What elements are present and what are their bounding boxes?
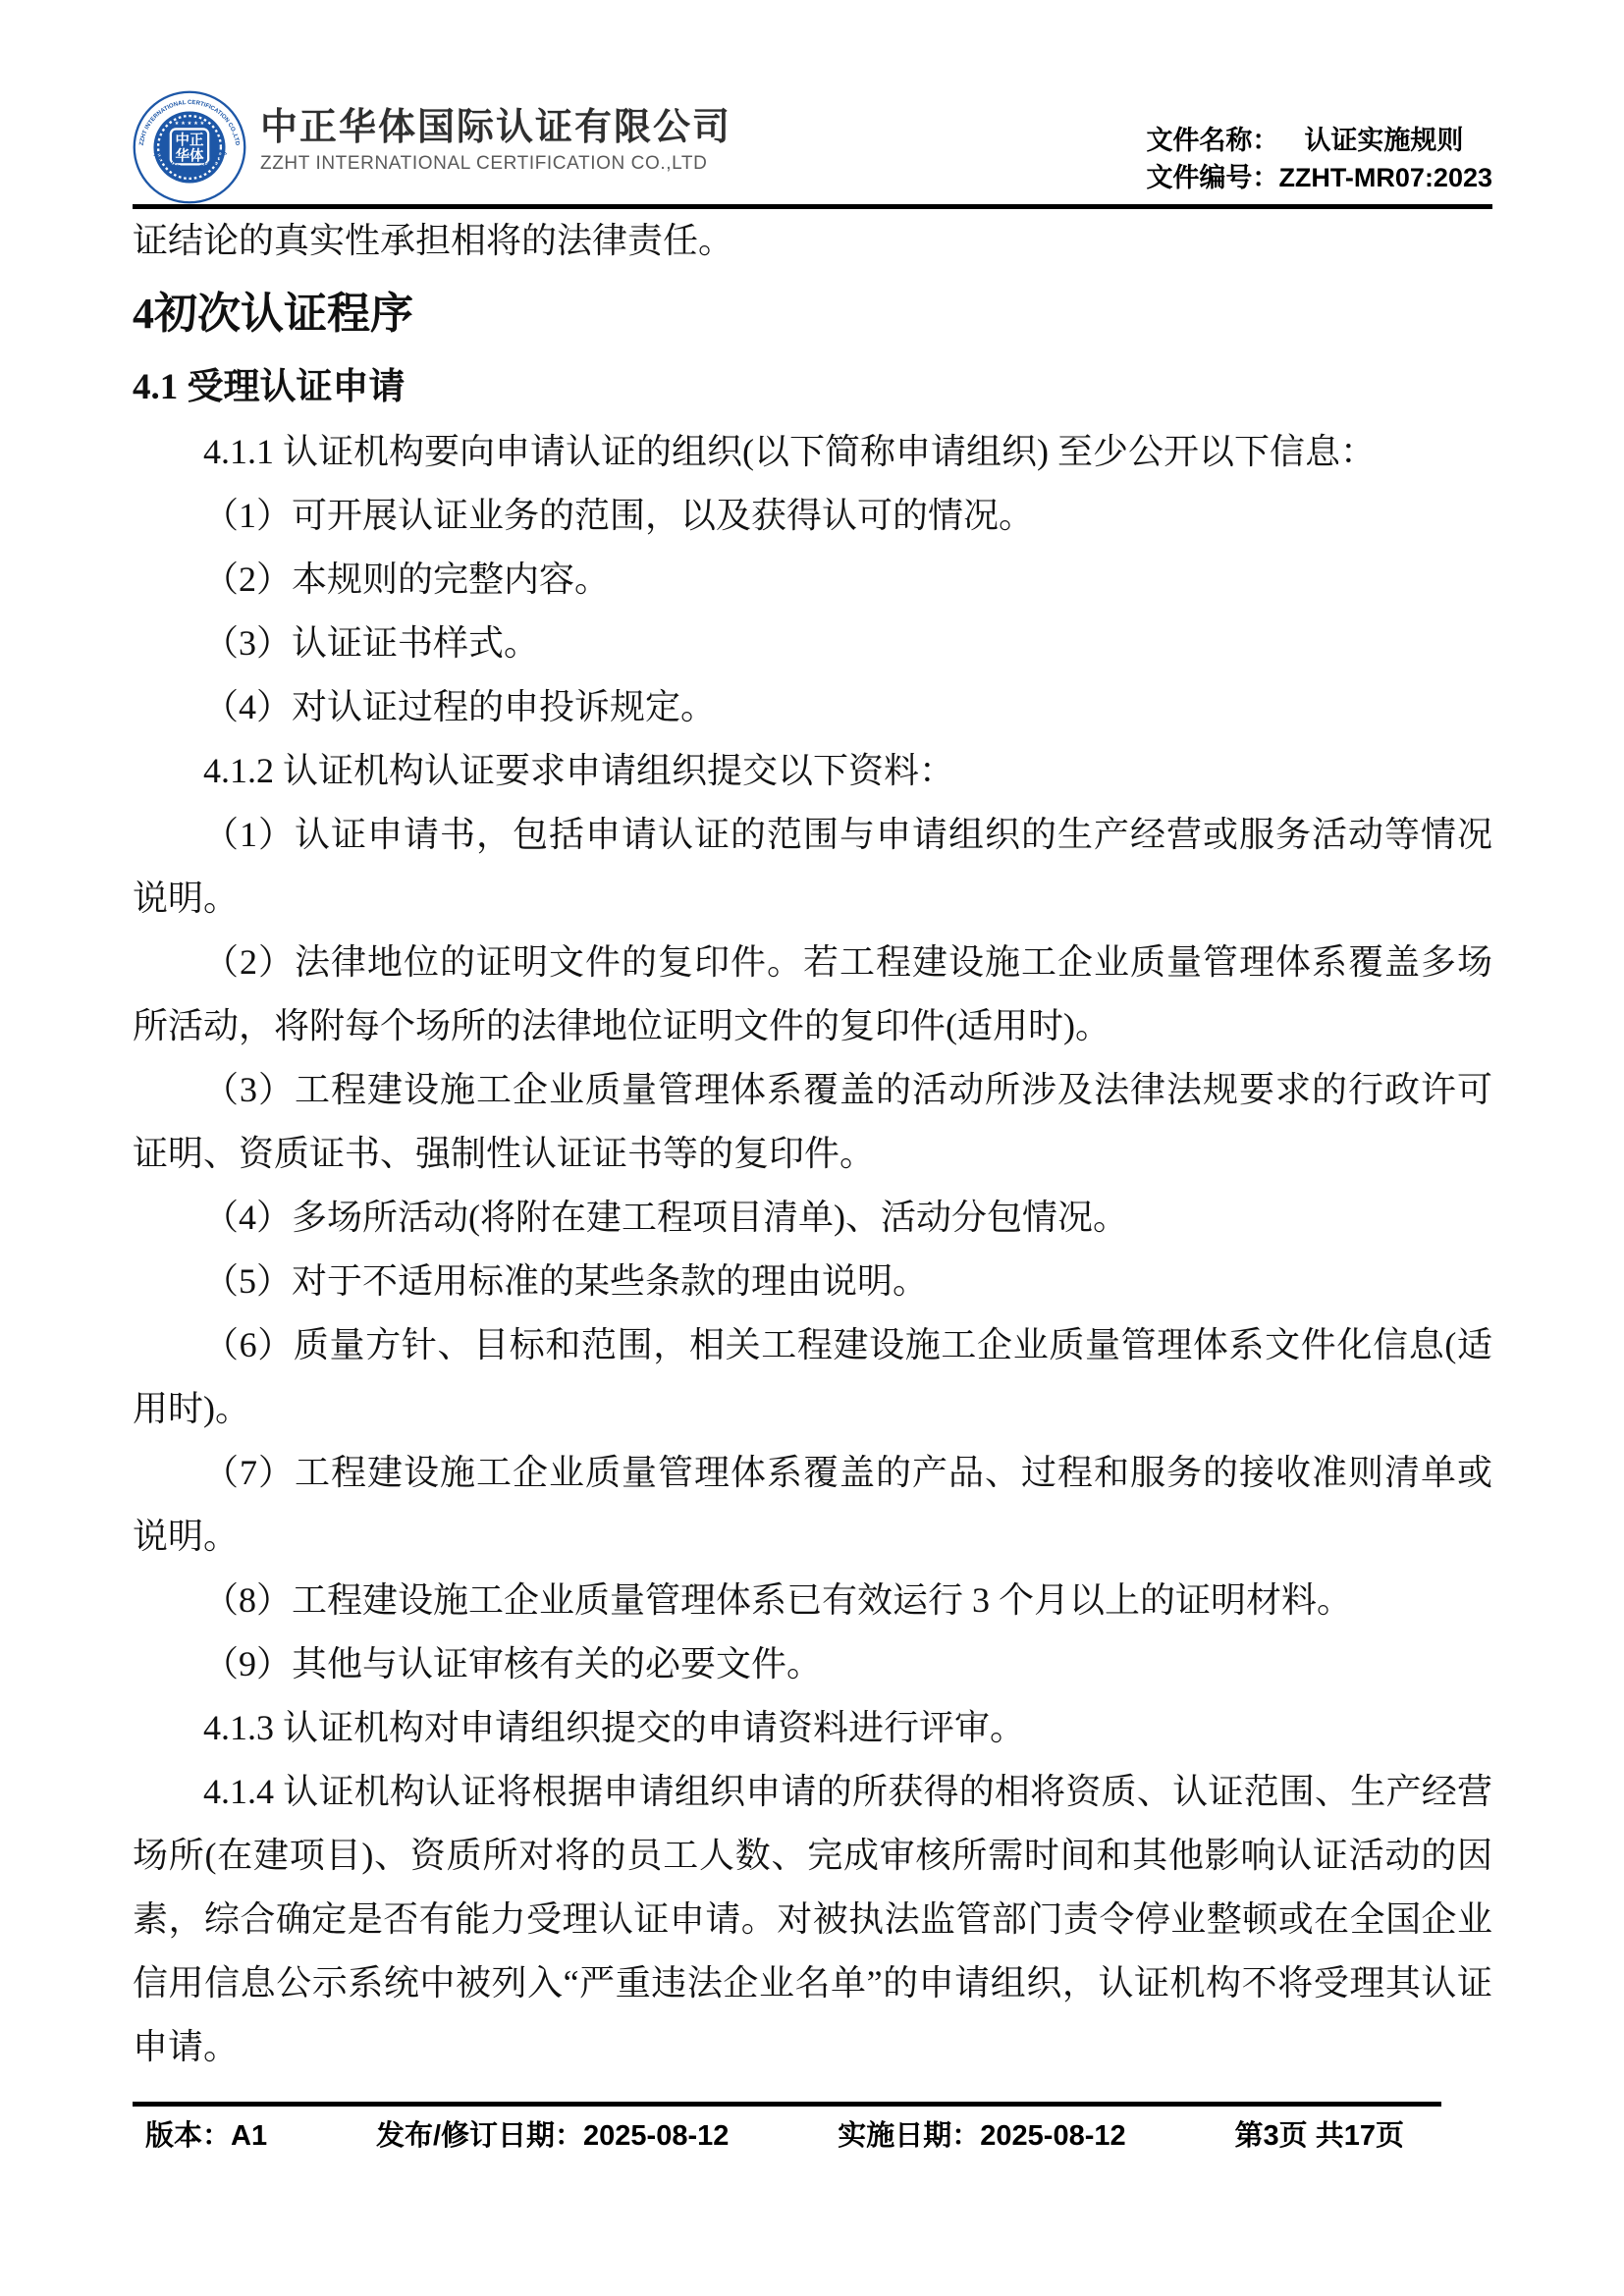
paragraph: （2）本规则的完整内容。 — [133, 548, 1492, 612]
company-logo-icon: ★ ★ ★ ★ ★ 中正 华体 ZZHT INTERNATIONAL CERTI… — [133, 90, 246, 204]
paragraph: （4）多场所活动(将附在建工程项目清单)、活动分包情况。 — [133, 1186, 1492, 1250]
doc-number-row: 文件编号： ZZHT-MR07:2023 — [1146, 159, 1492, 196]
paragraph: （3）工程建设施工企业质量管理体系覆盖的活动所涉及法律法规要求的行政许可证明、资… — [133, 1058, 1492, 1186]
paragraph: （5）对于不适用标准的某些条款的理由说明。 — [133, 1250, 1492, 1313]
paragraph: （8）工程建设施工企业质量管理体系已有效运行 3 个月以上的证明材料。 — [133, 1569, 1492, 1632]
document-header: ★ ★ ★ ★ ★ 中正 华体 ZZHT INTERNATIONAL CERTI… — [133, 0, 1492, 209]
paragraph: （7）工程建设施工企业质量管理体系覆盖的产品、过程和服务的接收准则清单或说明。 — [133, 1441, 1492, 1569]
section-heading: 4初次认证程序 — [133, 282, 1492, 347]
paragraph: （1）认证申请书，包括申请认证的范围与申请组织的生产经营或服务活动等情况说明。 — [133, 803, 1492, 931]
doc-name-label: 文件名称： — [1146, 122, 1278, 159]
doc-number-label: 文件编号： — [1146, 159, 1278, 196]
company-name-cn: 中正华体国际认证有限公司 — [260, 108, 731, 149]
paragraph: 4.1.4 认证机构认证将根据申请组织申请的所获得的相将资质、认证范围、生产经营… — [133, 1760, 1492, 2079]
document-page: ★ ★ ★ ★ ★ 中正 华体 ZZHT INTERNATIONAL CERTI… — [0, 0, 1624, 2296]
paragraph: （3）认证证书样式。 — [133, 612, 1492, 675]
paragraph: （2）法律地位的证明文件的复印件。若工程建设施工企业质量管理体系覆盖多场所活动，… — [133, 931, 1492, 1058]
paragraph-list: 4.1.1 认证机构要向申请认证的组织(以下简称申请组织) 至少公开以下信息：（… — [133, 420, 1492, 2079]
logo-center-text-1: 中正 — [176, 133, 204, 149]
doc-number-value: ZZHT-MR07:2023 — [1278, 159, 1492, 196]
paragraph: （6）质量方针、目标和范围，相关工程建设施工企业质量管理体系文件化信息(适用时)… — [133, 1313, 1492, 1441]
company-name-block: 中正华体国际认证有限公司 ZZHT INTERNATIONAL CERTIFIC… — [260, 108, 731, 184]
footer-release-date: 发布/修订日期：2025-08-12 — [376, 2113, 729, 2154]
paragraph: （1）可开展认证业务的范围，以及获得认可的情况。 — [133, 484, 1492, 548]
doc-name-row: 文件名称： 认证实施规则 — [1146, 122, 1492, 159]
paragraph: （4）对认证过程的申投诉规定。 — [133, 675, 1492, 739]
subsection-heading: 4.1 受理认证申请 — [133, 355, 1492, 420]
document-footer: 版本：A1 发布/修订日期：2025-08-12 实施日期：2025-08-12… — [133, 2102, 1441, 2154]
header-left: ★ ★ ★ ★ ★ 中正 华体 ZZHT INTERNATIONAL CERTI… — [133, 90, 731, 200]
logo-stars: ★ ★ ★ ★ ★ — [175, 121, 205, 127]
paragraph: 4.1.2 认证机构认证要求申请组织提交以下资料： — [133, 739, 1492, 803]
footer-page-info: 第3页 共17页 — [1235, 2113, 1404, 2154]
footer-version: 版本：A1 — [145, 2113, 267, 2154]
paragraph: 4.1.3 认证机构对申请组织提交的申请资料进行评审。 — [133, 1696, 1492, 1760]
doc-name-value: 认证实施规则 — [1304, 122, 1463, 159]
paragraph: （9）其他与认证审核有关的必要文件。 — [133, 1632, 1492, 1696]
company-name-en: ZZHT INTERNATIONAL CERTIFICATION CO.,LTD — [260, 153, 731, 175]
document-body: 证结论的真实性承担相将的法律责任。 4初次认证程序 4.1 受理认证申请 4.1… — [133, 209, 1492, 2079]
footer-impl-date: 实施日期：2025-08-12 — [838, 2113, 1125, 2154]
logo-center-text-2: 华体 — [176, 146, 204, 164]
intro-paragraph: 证结论的真实性承担相将的法律责任。 — [133, 209, 1492, 273]
document-info-block: 文件名称： 认证实施规则 文件编号： ZZHT-MR07:2023 — [1146, 122, 1492, 200]
paragraph: 4.1.1 认证机构要向申请认证的组织(以下简称申请组织) 至少公开以下信息： — [133, 420, 1492, 484]
